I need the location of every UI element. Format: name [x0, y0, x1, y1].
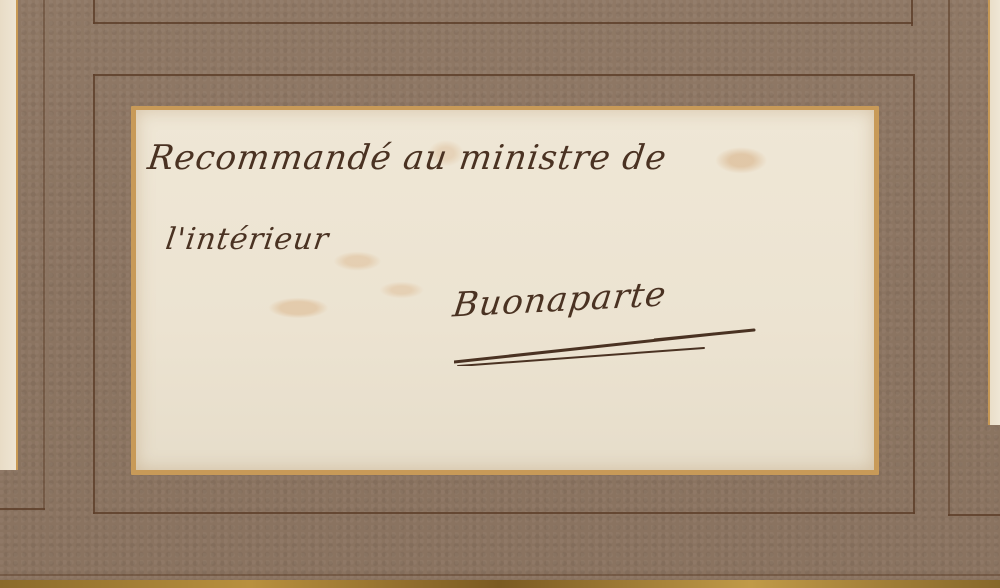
main-panel-rule-left [93, 74, 95, 514]
main-panel-rule-bottom [93, 512, 915, 514]
signature: Buonaparte [451, 274, 669, 325]
frame-bottom-rule [0, 574, 1000, 576]
upper-panel-rule-left [93, 0, 95, 24]
left-panel-rule [43, 0, 45, 510]
right-panel-rule [948, 0, 950, 516]
adjacent-document-left [0, 0, 18, 470]
handwritten-line-1: Recommandé au ministre de [145, 138, 669, 178]
left-panel-rule-bottom [0, 508, 45, 510]
upper-panel-rule-bottom [93, 22, 913, 24]
gilt-frame-edge [0, 580, 1000, 588]
upper-panel-rule-right [911, 0, 913, 26]
right-panel-rule-bottom [948, 514, 1000, 516]
adjacent-document-right [988, 0, 1000, 425]
main-panel-rule-right [913, 74, 915, 514]
signature-flourish-icon [454, 326, 764, 366]
main-panel-rule-top [93, 74, 913, 76]
handwritten-line-2: l'intérieur [164, 222, 332, 257]
autograph-card: Recommandé au ministre de l'intérieur Bu… [136, 110, 874, 470]
